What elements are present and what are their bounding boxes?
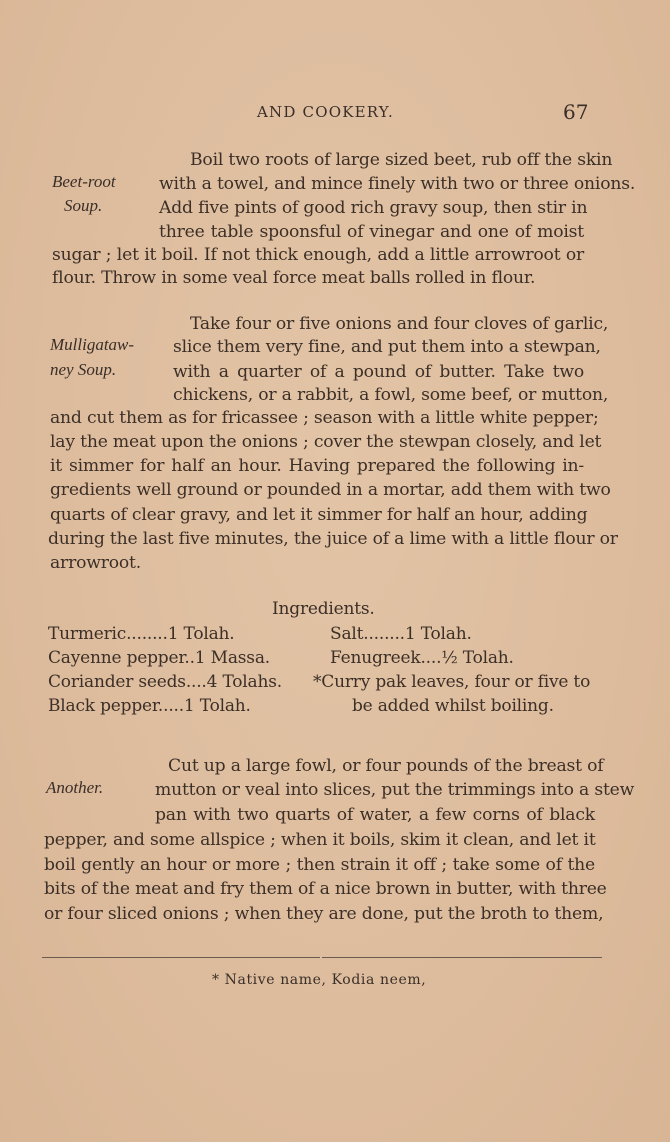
side-title: ney Soup.: [50, 360, 116, 380]
text-line: boil gently an hour or more ; then strai…: [44, 853, 595, 877]
text-line: lay the meat upon the onions ; cover the…: [50, 430, 584, 454]
page-number: 67: [563, 100, 588, 124]
text-line: mutton or veal into slices, put the trim…: [155, 778, 595, 802]
text-line: Boil two roots of large sized beet, rub …: [190, 148, 584, 172]
text-line: arrowroot.: [50, 551, 250, 575]
side-title: Soup.: [64, 196, 102, 216]
text-line: flour. Throw in some veal force meat bal…: [52, 266, 532, 290]
ingredient-item: Cayenne pepper..1 Massa.: [48, 648, 270, 668]
text-line: Take four or five onions and four cloves…: [190, 312, 584, 336]
footnote: * Native name, Kodia neem,: [212, 972, 426, 988]
side-title: Beet-root: [52, 172, 116, 192]
ingredients-heading: Ingredients.: [272, 599, 375, 619]
side-title: Mulligataw-: [50, 335, 134, 355]
text-line: chickens, or a rabbit, a fowl, some beef…: [173, 383, 584, 407]
text-line: Add five pints of good rich gravy soup, …: [159, 196, 584, 220]
text-line: and cut them as for fricassee ; season w…: [50, 406, 584, 430]
text-line: sugar ; let it boil. If not thick enough…: [52, 243, 584, 267]
ingredient-item: Turmeric........1 Tolah.: [48, 624, 235, 644]
ingredient-item: Black pepper.....1 Tolah.: [48, 696, 251, 716]
ingredient-item: Fenugreek....½ Tolah.: [330, 648, 514, 668]
ingredient-item: Coriander seeds....4 Tolahs.: [48, 672, 282, 692]
ingredient-item: *Curry pak leaves, four or five to: [313, 672, 590, 692]
footnote-divider: [42, 957, 320, 958]
text-line: or four sliced onions ; when they are do…: [44, 902, 595, 926]
text-line: pan with two quarts of water, a few corn…: [155, 803, 595, 827]
text-line: three table spoonsful of vinegar and one…: [159, 220, 584, 244]
text-line: during the last five minutes, the juice …: [48, 527, 586, 551]
text-line: bits of the meat and fry them of a nice …: [44, 877, 595, 901]
book-page: AND COOKERY. 67 Beet-root Soup. Boil two…: [0, 0, 670, 1142]
text-line: slice them very fine, and put them into …: [173, 335, 584, 359]
text-line: with a quarter of a pound of butter. Tak…: [173, 360, 584, 384]
text-line: it simmer for half an hour. Having prepa…: [50, 454, 584, 478]
text-line: pepper, and some allspice ; when it boil…: [44, 828, 595, 852]
side-title: Another.: [46, 778, 103, 798]
text-line: quarts of clear gravy, and let it simmer…: [50, 503, 584, 527]
running-header: AND COOKERY.: [257, 103, 394, 121]
ingredient-item: Salt........1 Tolah.: [330, 624, 472, 644]
ingredient-item: be added whilst boiling.: [352, 696, 554, 716]
text-line: Cut up a large fowl, or four pounds of t…: [168, 754, 595, 778]
footnote-divider: [322, 957, 602, 958]
text-line: with a towel, and mince finely with two …: [159, 172, 584, 196]
text-line: gredients well ground or pounded in a mo…: [50, 478, 584, 502]
